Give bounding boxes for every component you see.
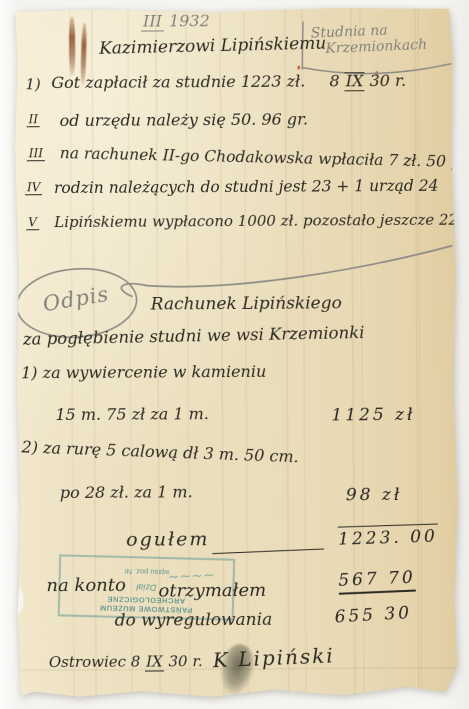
footer-date-year: 30 r.	[168, 652, 202, 670]
item-2-detail: po 28 zł. za 1 m.	[60, 482, 193, 502]
subject-note-line2: Krzemionkach	[325, 37, 427, 57]
note-2-num: II	[27, 113, 41, 127]
note-1-text: Got zapłacił za studnie 1223 zł.	[51, 72, 305, 93]
item-2-num: 2)	[21, 437, 38, 457]
fold-crease	[414, 7, 420, 697]
due-amount: 655 30	[334, 603, 413, 627]
item-1-desc: 1) za wywiercenie w kamieniu	[21, 362, 266, 382]
item-1-num: 1)	[21, 363, 38, 382]
note-4-num: IV	[25, 181, 42, 195]
paid-label: otrzymałem	[158, 580, 266, 602]
footer-place: Ostrowiec	[49, 653, 126, 671]
total-dash	[212, 549, 324, 555]
item-2-desc-text: za rurę 5 calową dł 3 m. 50 cm.	[43, 438, 299, 466]
footer-place-date: Ostrowiec 8 IX 30 r.	[49, 652, 203, 672]
note-3-num: III	[27, 147, 45, 161]
document-header: Kazimierzowi Lipińskiemu	[99, 33, 327, 58]
rust-stain	[69, 17, 75, 75]
note-3-text: na rachunek II-go Chodakowska wpłaciła 7…	[60, 144, 469, 171]
note-5-num: V	[26, 216, 39, 230]
item-1-amount: 1125 zł	[331, 405, 415, 426]
item-1-desc-text: za wywiercenie w kamieniu	[43, 362, 267, 382]
pencil-date-year: 1932	[169, 11, 210, 30]
paper-sheet: III 1932 Studnia na Krzemionkach Kazimie…	[13, 7, 459, 700]
document-paper: III 1932 Studnia na Krzemionkach Kazimie…	[13, 7, 459, 700]
note-1-date-month: IX	[345, 72, 365, 91]
note-4-text: rodzin należących do studni jest 23 + 1 …	[54, 177, 439, 197]
torn-edge-notch	[7, 585, 23, 615]
note-1-date-day: 8	[329, 71, 339, 90]
item-2-desc: 2) za rurę 5 calową dł 3 m. 50 cm.	[21, 437, 299, 466]
due-label: do wyregulowania	[115, 610, 273, 631]
note-1-num: 1)	[25, 75, 41, 93]
subject-note: Studnia na Krzemionkach	[310, 21, 427, 58]
pencil-date-month: III	[141, 11, 164, 31]
copy-mark: Odpis	[41, 282, 111, 317]
note-1-date-year: 30 r.	[370, 71, 407, 90]
item-1-detail: 15 m. 75 zł za 1 m.	[55, 404, 209, 424]
paid-prefix: na konto	[46, 575, 126, 596]
pencil-date: III 1932	[141, 11, 210, 30]
footer-date-month: IX	[145, 654, 164, 671]
total-amount: 1223. 00	[338, 523, 438, 549]
note-5-text: Lipińskiemu wypłacono 1000 zł. pozostało…	[54, 210, 469, 231]
signature: K Lipiński	[212, 643, 335, 672]
scanner-background: III 1932 Studnia na Krzemionkach Kazimie…	[0, 0, 469, 709]
note-2-text: od urzędu należy się 50. 96 gr.	[60, 110, 309, 131]
footer-date-day: 8	[131, 653, 141, 671]
item-2-amount: 98 zł	[346, 485, 403, 505]
red-speck	[297, 66, 300, 70]
invoice-title: Rachunek Lipińskiego	[151, 293, 342, 314]
note-1: Got zapłacił za studnie 1223 zł. 8 IX 30…	[51, 71, 406, 93]
invoice-subtitle: za pogłębienie studni we wsi Krzemionki	[23, 323, 365, 349]
total-label: ogułem	[126, 528, 209, 551]
paid-amount: 567 70	[338, 568, 416, 595]
